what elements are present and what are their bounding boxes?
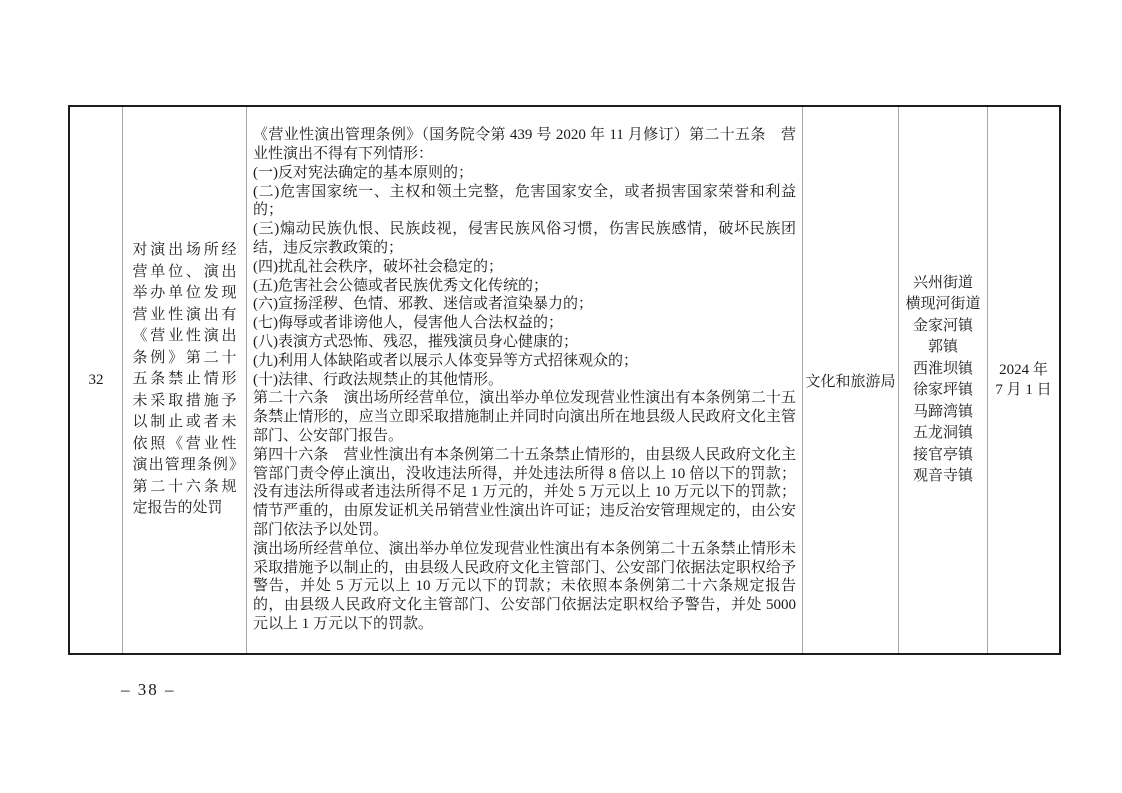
legal-basis-paragraph: 第四十六条 营业性演出有本条例第二十五条禁止情形的，由县级人民政府文化主管部门责… [253,446,796,540]
legal-basis-paragraph: (九)利用人体缺陷或者以展示人体变异等方式招徕观众的； [253,352,796,371]
cell-department: 文化和旅游局 [803,107,899,653]
date-line: 2024 年 [988,360,1059,381]
legal-basis-text: 《营业性演出管理条例》（国务院令第 439 号 2020 年 11 月修订）第二… [253,126,796,634]
location-name: 马蹄湾镇 [899,402,987,424]
legal-basis-paragraph: (五)危害社会公德或者民族优秀文化传统的； [253,277,796,296]
implementation-date: 2024 年7 月 1 日 [988,360,1059,401]
document-page: 32 对演出场所经营单位、演出举办单位发现营业性演出有《营业性演出条例》第二十五… [0,0,1122,793]
legal-basis-paragraph: 《营业性演出管理条例》（国务院令第 439 号 2020 年 11 月修订）第二… [253,126,796,164]
legal-basis-paragraph: (一)反对宪法确定的基本原则的； [253,164,796,183]
location-name: 观音寺镇 [899,466,987,488]
legal-basis-paragraph: (三)煽动民族仇恨、民族歧视，侵害民族风俗习惯，伤害民族感情，破坏民族团结，违反… [253,220,796,258]
legal-basis-paragraph: 第二十六条 演出场所经营单位，演出举办单位发现营业性演出有本条例第二十五条禁止情… [253,389,796,445]
legal-basis-paragraph: (十)法律、行政法规禁止的其他情形。 [253,371,796,390]
item-name-text: 对演出场所经营单位、演出举办单位发现营业性演出有《营业性演出条例》第二十五条禁止… [133,240,237,520]
penalty-table: 32 对演出场所经营单位、演出举办单位发现营业性演出有《营业性演出条例》第二十五… [68,105,1061,655]
legal-basis-paragraph: (七)侮辱或者诽谤他人，侵害他人合法权益的； [253,314,796,333]
date-line: 7 月 1 日 [988,380,1059,401]
cell-implementation-date: 2024 年7 月 1 日 [988,107,1059,653]
legal-basis-paragraph: 演出场所经营单位、演出举办单位发现营业性演出有本条例第二十五条禁止情形未采取措施… [253,540,796,634]
legal-basis-paragraph: (六)宣扬淫秽、色情、邪教、迷信或者渲染暴力的； [253,295,796,314]
cell-item-name: 对演出场所经营单位、演出举办单位发现营业性演出有《营业性演出条例》第二十五条禁止… [123,107,247,653]
legal-basis-paragraph: (八)表演方式恐怖、残忍，摧残演员身心健康的； [253,333,796,352]
department-name: 文化和旅游局 [805,370,895,391]
page-number: – 38 – [121,680,176,700]
location-name: 郭镇 [899,337,987,359]
cell-locations: 兴州街道横现河街道金家河镇郭镇西淮坝镇徐家坪镇马蹄湾镇五龙洞镇接官亭镇观音寺镇 [899,107,988,653]
location-name: 横现河街道 [899,294,987,316]
location-name: 兴州街道 [899,273,987,295]
location-name: 西淮坝镇 [899,359,987,381]
location-name: 徐家坪镇 [899,380,987,402]
legal-basis-paragraph: (四)扰乱社会秩序，破坏社会稳定的； [253,258,796,277]
location-name: 金家河镇 [899,316,987,338]
location-name: 接官亭镇 [899,445,987,467]
legal-basis-paragraph: (二)危害国家统一、主权和领土完整，危害国家安全，或者损害国家荣誉和利益的； [253,183,796,221]
locations-list: 兴州街道横现河街道金家河镇郭镇西淮坝镇徐家坪镇马蹄湾镇五龙洞镇接官亭镇观音寺镇 [899,273,987,488]
cell-legal-basis: 《营业性演出管理条例》（国务院令第 439 号 2020 年 11 月修订）第二… [247,107,803,653]
location-name: 五龙洞镇 [899,423,987,445]
serial-number: 32 [89,372,104,389]
cell-serial-number: 32 [70,107,123,653]
